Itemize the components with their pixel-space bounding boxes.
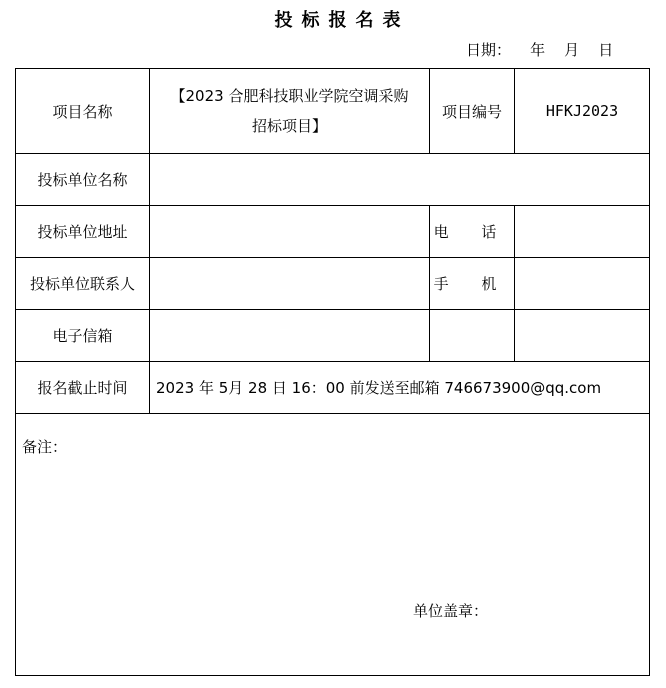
deadline-label: 报名截止时间 xyxy=(16,362,150,414)
bidder-name-label: 投标单位名称 xyxy=(16,154,150,206)
table-row-notes: 备注： 单位盖章： xyxy=(16,414,650,676)
date-line: 日期： 年 月 日 xyxy=(466,39,613,60)
table-row-contact: 投标单位联系人 手 机 xyxy=(16,258,650,310)
table-row-email: 电子信箱 xyxy=(16,310,650,362)
table-row-deadline: 报名截止时间 2023 年 5月 28 日 16：00 前发送至邮箱 74667… xyxy=(16,362,650,414)
table-row-bidder-name: 投标单位名称 xyxy=(16,154,650,206)
deadline-value: 2023 年 5月 28 日 16：00 前发送至邮箱 746673900@qq… xyxy=(150,362,650,414)
stamp-label: 单位盖章： xyxy=(413,600,488,621)
email-label: 电子信箱 xyxy=(16,310,150,362)
project-code-label: 项目编号 xyxy=(430,69,515,154)
project-name-line2: 招标项目】 xyxy=(150,111,429,141)
contact-label: 投标单位联系人 xyxy=(16,258,150,310)
phone-field[interactable] xyxy=(515,206,650,258)
project-code-value: HFKJ2023 xyxy=(515,69,650,154)
contact-field[interactable] xyxy=(150,258,430,310)
phone-label: 电 话 xyxy=(430,206,515,258)
notes-label: 备注： xyxy=(22,436,67,457)
registration-form-table: 项目名称 【2023 合肥科技职业学院空调采购 招标项目】 项目编号 HFKJ2… xyxy=(15,68,650,676)
bidder-address-field[interactable] xyxy=(150,206,430,258)
project-name-line1: 【2023 合肥科技职业学院空调采购 xyxy=(150,81,429,111)
bidder-address-label: 投标单位地址 xyxy=(16,206,150,258)
mobile-label: 手 机 xyxy=(430,258,515,310)
table-row-bidder-address: 投标单位地址 电 话 xyxy=(16,206,650,258)
table-row-project: 项目名称 【2023 合肥科技职业学院空调采购 招标项目】 项目编号 HFKJ2… xyxy=(16,69,650,154)
empty-cell xyxy=(430,310,515,362)
project-name-value: 【2023 合肥科技职业学院空调采购 招标项目】 xyxy=(150,69,430,154)
empty-cell xyxy=(515,310,650,362)
email-field[interactable] xyxy=(150,310,430,362)
form-title: 投标报名表 xyxy=(0,6,666,32)
project-name-label: 项目名称 xyxy=(16,69,150,154)
mobile-field[interactable] xyxy=(515,258,650,310)
bidder-name-field[interactable] xyxy=(150,154,650,206)
notes-area[interactable]: 备注： 单位盖章： xyxy=(16,414,650,676)
